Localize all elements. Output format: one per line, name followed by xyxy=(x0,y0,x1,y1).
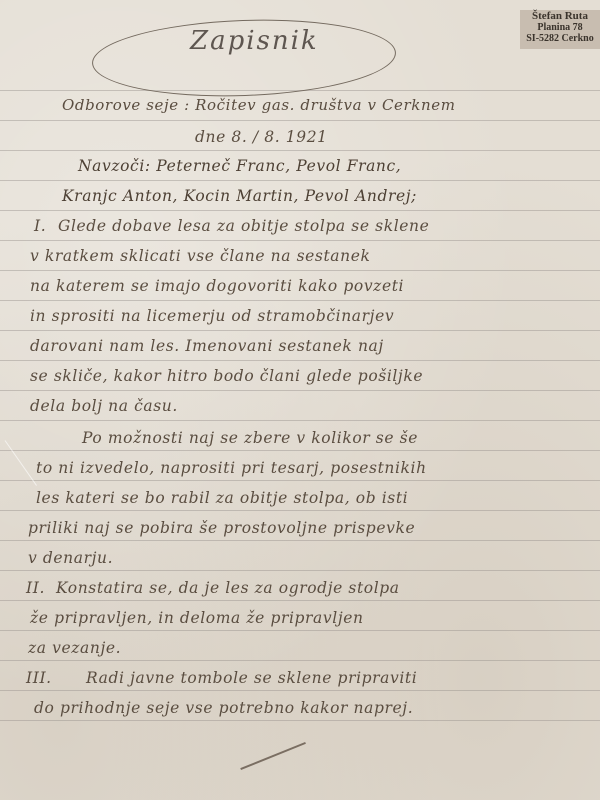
ruled-line xyxy=(0,450,600,451)
document-page: Štefan Ruta Planina 78 SI-5282 Cerkno Za… xyxy=(0,0,600,800)
item-1-line: se skliče, kakor hitro bodo člani glede … xyxy=(30,367,423,385)
item-1-line: dela bolj na času. xyxy=(30,397,178,415)
ruled-line xyxy=(0,150,600,151)
ruled-line xyxy=(0,720,600,721)
paragraph-line: v denarju. xyxy=(28,549,113,567)
ruled-line xyxy=(0,120,600,121)
date-line: dne 8. / 8. 1921 xyxy=(195,128,328,146)
attendees-line-2: Kranjc Anton, Kocin Martin, Pevol Andrej… xyxy=(62,187,417,205)
item-1-line: v kratkem sklicati vse člane na sestanek xyxy=(30,247,370,265)
stamp-name: Štefan Ruta xyxy=(520,11,600,22)
item-3-line: do prihodnje seje vse potrebno kakor nap… xyxy=(34,699,413,717)
item-1-line: darovani nam les. Imenovani sestanek naj xyxy=(30,337,384,355)
ruled-line xyxy=(0,510,600,511)
archive-stamp: Štefan Ruta Planina 78 SI-5282 Cerkno xyxy=(520,10,600,49)
page-title: Zapisnik xyxy=(190,26,340,56)
ruled-line xyxy=(0,570,600,571)
paragraph-line: les kateri se bo rabil za obitje stolpa,… xyxy=(36,489,408,507)
item-1-line: in sprositi na licemerju od stramobčinar… xyxy=(30,307,394,325)
ruled-line xyxy=(0,540,600,541)
item-1-line: Glede dobave lesa za obitje stolpa se sk… xyxy=(58,217,429,235)
stamp-address: Planina 78 xyxy=(520,22,600,33)
meeting-line: Odborove seje : Ročitev gas. društva v C… xyxy=(62,96,456,114)
paragraph-line: to ni izvedelo, naprositi pri tesarj, po… xyxy=(36,459,427,477)
ruled-line xyxy=(0,210,600,211)
item-3-line: Radi javne tombole se sklene pripraviti xyxy=(86,669,417,687)
ruled-line xyxy=(0,690,600,691)
ruled-line xyxy=(0,330,600,331)
ruled-line xyxy=(0,240,600,241)
ruled-line xyxy=(0,360,600,361)
item-2-line: za vezanje. xyxy=(28,639,121,657)
item-2-line: že pripravljen, in deloma že pripravljen xyxy=(30,609,364,627)
ruled-line xyxy=(0,270,600,271)
stamp-postcode-city: SI-5282 Cerkno xyxy=(520,33,600,44)
ruled-line xyxy=(0,630,600,631)
ruled-line xyxy=(0,600,600,601)
paragraph-line: priliki naj se pobira še prostovoljne pr… xyxy=(28,519,415,537)
item-number: III. xyxy=(26,669,52,687)
attendees-line-1: Navzoči: Peterneč Franc, Pevol Franc, xyxy=(78,157,401,175)
item-number: I. xyxy=(34,217,46,235)
ruled-line xyxy=(0,180,600,181)
ruled-line xyxy=(0,480,600,481)
paper-crease xyxy=(5,440,37,486)
ruled-line xyxy=(0,390,600,391)
item-1-line: na katerem se imajo dogovoriti kako povz… xyxy=(30,277,404,295)
paragraph-line: Po možnosti naj se zbere v kolikor se še xyxy=(82,429,418,447)
ruled-line xyxy=(0,660,600,661)
item-number: II. xyxy=(26,579,45,597)
ruled-line xyxy=(0,420,600,421)
item-2-line: Konstatira se, da je les za ogrodje stol… xyxy=(56,579,400,597)
ruled-line xyxy=(0,300,600,301)
closing-stroke xyxy=(240,742,305,770)
